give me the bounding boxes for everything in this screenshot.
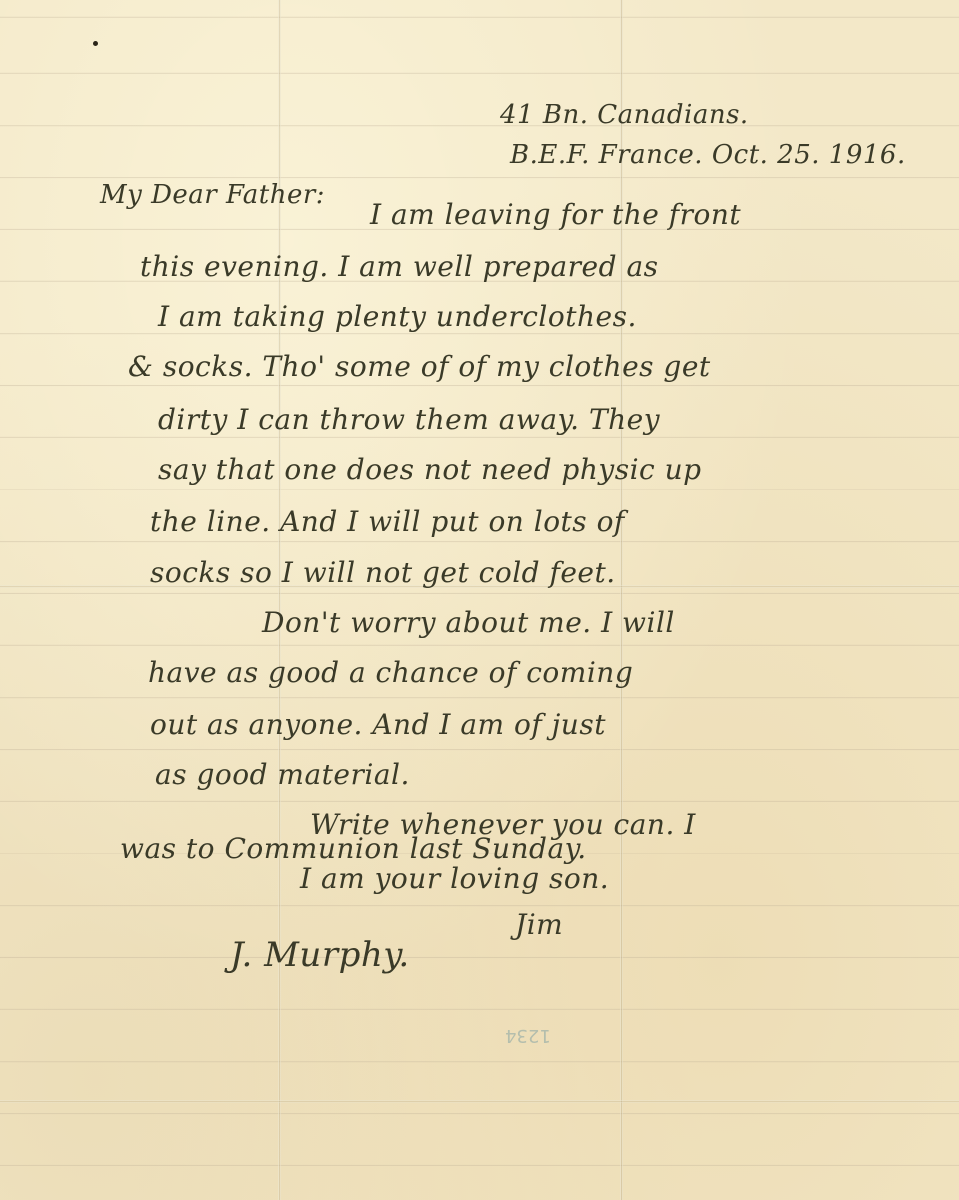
letter-header-location-date: B.E.F. France. Oct. 25. 1916. [510, 140, 906, 170]
letter-line: this evening. I am well prepared as [140, 250, 659, 283]
fold-crease-horizontal-bottom [0, 1100, 959, 1103]
letter-line: say that one does not need physic up [158, 453, 702, 486]
letter-line: Don't worry about me. I will [262, 606, 675, 639]
letter-line: the line. And I will put on lots of [150, 505, 625, 538]
letter-header-unit: 41 Bn. Canadians. [500, 100, 749, 130]
letter-salutation: My Dear Father: [100, 180, 325, 210]
letter-line: I am taking plenty underclothes. [158, 300, 637, 333]
letter-closing: I am your loving son. [300, 862, 609, 895]
letter-line: & socks. Tho' some of of my clothes get [128, 350, 711, 383]
letter-line: I am leaving for the front [370, 198, 741, 231]
signature-first-name: Jim [515, 908, 563, 941]
letter-line: out as anyone. And I am of just [150, 708, 606, 741]
letter-line: socks so I will not get cold feet. [150, 556, 616, 589]
letter-line: dirty I can throw them away. They [158, 403, 660, 436]
letter-line: was to Communion last Sunday. [120, 832, 587, 865]
signature-last-name: J. Murphy. [230, 935, 410, 975]
fold-crease-vertical-right [620, 0, 623, 1200]
faint-stamp: 1234 [505, 1025, 551, 1046]
letter-line: have as good a chance of coming [148, 656, 633, 689]
letter-page: 41 Bn. Canadians. B.E.F. France. Oct. 25… [0, 0, 959, 1200]
letter-line: as good material. [155, 758, 410, 791]
ink-spot [93, 41, 98, 46]
